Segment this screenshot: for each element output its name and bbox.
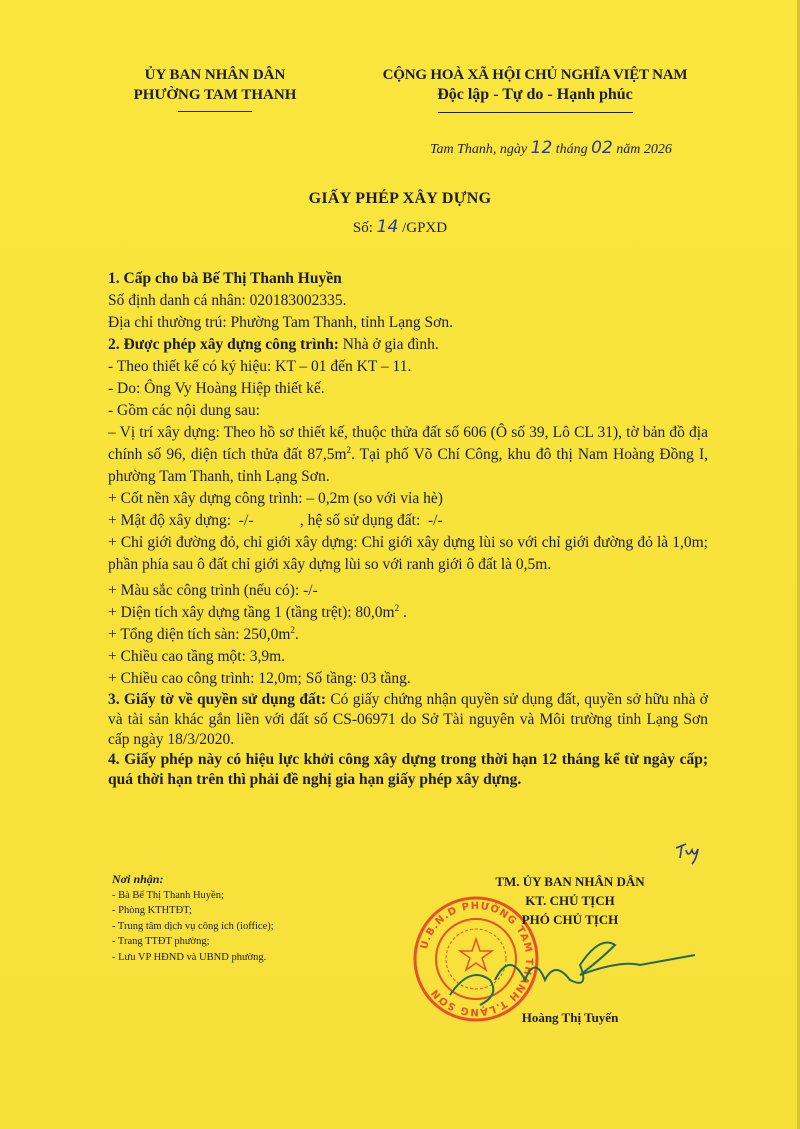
total-floor-area: + Tổng diện tích sàn: 250,0m2.	[108, 624, 708, 646]
recipient-item: - Lưu VP HĐND và UBND phường.	[112, 950, 274, 966]
total-area-end: .	[295, 626, 299, 643]
permit-number: Số: 14 /GPXD	[0, 217, 800, 237]
section-2-heading: 2. Được phép xây dựng công trình:	[108, 336, 339, 353]
total-area-text: + Tổng diện tích sàn: 250,0m	[108, 626, 290, 643]
agency-line-1: ỦY BAN NHÂN DÂN	[120, 65, 310, 85]
date-year: năm 2026	[613, 142, 672, 157]
building-density: + Mật độ xây dựng: -/- , hệ số sử dụng đ…	[108, 510, 708, 532]
boundaries: + Chỉ giới đường đỏ, chỉ giới xây dựng: …	[108, 532, 708, 576]
contents-intro: - Gồm các nội dung sau:	[108, 400, 708, 422]
signer-name: Hoàng Thị Tuyến	[440, 1010, 700, 1026]
recipients-label: Nơi nhận:	[112, 872, 274, 888]
design-code: - Theo thiết kế có ký hiệu: KT – 01 đến …	[108, 356, 708, 378]
recipients-block: Nơi nhận: - Bà Bế Thị Thanh Huyền; - Phò…	[112, 872, 274, 965]
agency-line-2: PHƯỜNG TAM THANH	[120, 85, 310, 105]
motto-underline	[438, 112, 633, 113]
national-header: CỘNG HOÀ XÃ HỘI CHỦ NGHĨA VIỆT NAM Độc l…	[355, 65, 715, 113]
place-date: Tam Thanh, ngày 12 tháng 02 năm 2026	[430, 138, 672, 158]
ground-area-end: .	[399, 604, 407, 621]
section-3: 3. Giấy tờ về quyền sử dụng đất: Có giấy…	[108, 690, 708, 750]
number-value: 14	[377, 217, 399, 237]
permit-body: 1. Cấp cho bà Bế Thị Thanh Huyền Số định…	[108, 268, 708, 790]
date-month-label: tháng	[552, 142, 591, 157]
nation-name: CỘNG HOÀ XÃ HỘI CHỦ NGHĨA VIỆT NAM	[355, 65, 715, 85]
designer: - Do: Ông Vy Hoàng Hiệp thiết kế.	[108, 378, 708, 400]
sign-line-2: KT. CHỦ TỊCH	[440, 891, 700, 910]
section-2-value: Nhà ở gia đình.	[339, 336, 439, 353]
number-suffix: /GPXD	[398, 220, 447, 236]
signature-block: TM. ỦY BAN NHÂN DÂN KT. CHỦ TỊCH PHÓ CHỦ…	[440, 872, 700, 929]
section-4: 4. Giấy phép này có hiệu lực khởi công x…	[108, 750, 708, 790]
number-prefix: Số:	[353, 220, 377, 236]
personal-id: Số định danh cá nhân: 020183002335.	[108, 290, 708, 312]
recipient-item: - Trang TTĐT phường;	[112, 934, 274, 950]
date-day: 12	[531, 138, 553, 158]
date-month: 02	[591, 138, 613, 158]
recipient-item: - Phòng KTHTĐT;	[112, 903, 274, 919]
first-floor-height: + Chiều cao tầng một: 3,9m.	[108, 646, 708, 668]
agency-underline	[178, 111, 252, 112]
national-motto: Độc lập - Tự do - Hạnh phúc	[355, 85, 715, 105]
document-title: GIẤY PHÉP XÂY DỰNG	[0, 190, 800, 208]
recipient-item: - Trung tâm dịch vụ công ích (ioffice);	[112, 919, 274, 935]
permit-page: ỦY BAN NHÂN DÂN PHƯỜNG TAM THANH CỘNG HO…	[0, 0, 800, 1129]
sign-line-1: TM. ỦY BAN NHÂN DÂN	[440, 872, 700, 891]
permanent-address: Địa chỉ thường trú: Phường Tam Thanh, tỉ…	[108, 312, 708, 334]
ground-area-text: + Diện tích xây dựng tầng 1 (tầng trệt):…	[108, 604, 395, 621]
initials-mark	[672, 836, 712, 866]
location: – Vị trí xây dựng: Theo hồ sơ thiết kế, …	[108, 422, 708, 488]
section-1-heading: 1. Cấp cho bà Bế Thị Thanh Huyền	[108, 268, 708, 290]
recipient-item: - Bà Bế Thị Thanh Huyền;	[112, 888, 274, 904]
building-color: + Màu sắc công trình (nếu có): -/-	[108, 580, 708, 602]
section-3-heading: 3. Giấy tờ về quyền sử dụng đất:	[108, 691, 326, 708]
building-height: + Chiều cao công trình: 12,0m; Số tầng: …	[108, 668, 708, 690]
date-prefix: Tam Thanh, ngày	[430, 142, 531, 157]
issuing-agency: ỦY BAN NHÂN DÂN PHƯỜNG TAM THANH	[120, 65, 310, 112]
section-2: 2. Được phép xây dựng công trình: Nhà ở …	[108, 334, 708, 356]
ground-floor-area: + Diện tích xây dựng tầng 1 (tầng trệt):…	[108, 602, 708, 624]
foundation-level: + Cốt nền xây dựng công trình: – 0,2m (s…	[108, 488, 708, 510]
